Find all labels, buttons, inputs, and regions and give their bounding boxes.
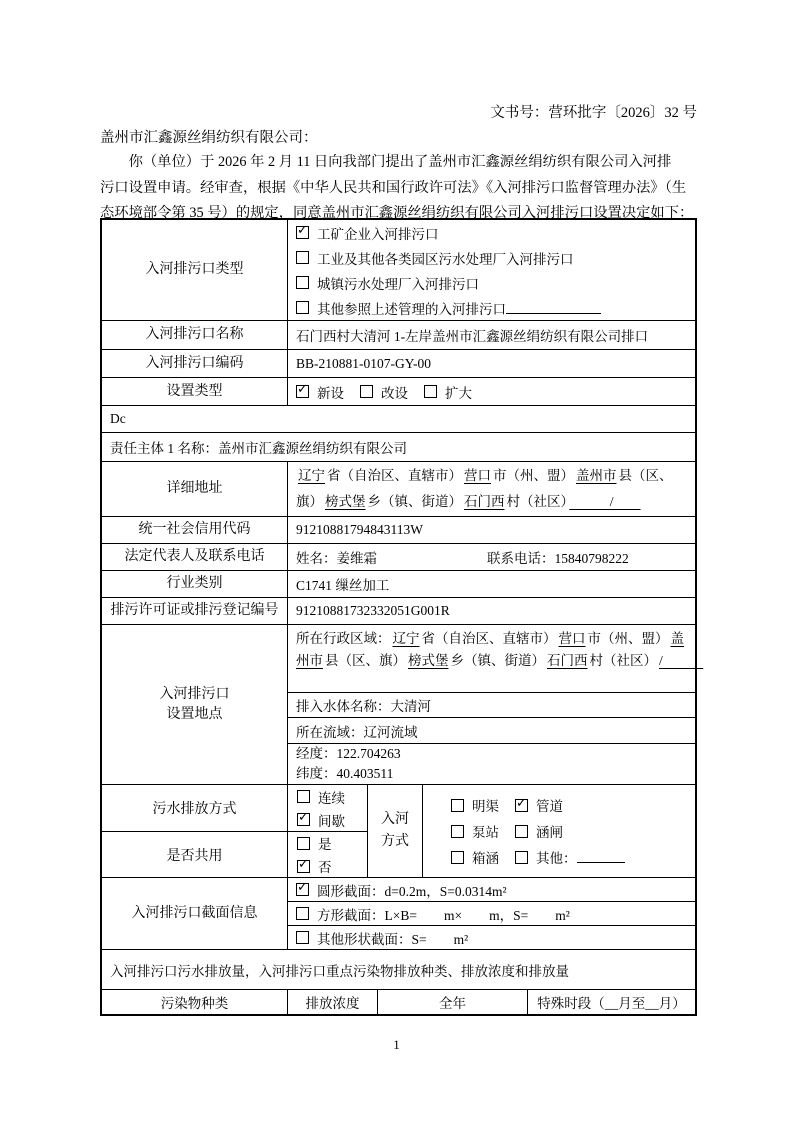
outlet-name-value: 石门西村大清河 1-左岸盖州市汇鑫源丝绢纺织有限公司排口 — [287, 321, 695, 349]
option-label: 涵闸 — [536, 821, 563, 841]
checkbox-icon — [515, 825, 528, 838]
address-blank-slash: / — [567, 494, 642, 509]
setup-type-option: 新设 — [296, 382, 344, 402]
location-details: 所在行政区域：辽宁省（自治区、直辖市）营口市（州、盟）盖州市县（区、旗）榜式堡乡… — [287, 625, 695, 784]
checkbox-icon — [296, 251, 309, 264]
checkbox-checked-icon — [296, 385, 309, 398]
legal-rep-name: 姓名：姜维霜 — [296, 547, 377, 567]
concentration-header: 排放浓度 — [287, 990, 377, 1014]
approval-table: 入河排污口类型 工矿企业入河排污口 工业及其他各类园区污水处理厂入河排污口 城镇… — [100, 218, 697, 1016]
checkbox-icon — [296, 907, 309, 920]
legal-rep-label: 法定代表人及联系电话 — [102, 544, 287, 570]
checkbox-checked-icon — [515, 799, 528, 812]
checkbox-icon — [451, 799, 464, 812]
option-label: 其他： — [536, 847, 577, 867]
checkbox-icon — [515, 851, 528, 864]
table-row-responsible: 责任主体 1 名称：盖州市汇鑫源丝绢纺织有限公司 — [102, 432, 695, 461]
option-label: 改设 — [381, 382, 408, 402]
option-label: 方形截面：L×B= m× m，S= m² — [317, 904, 570, 924]
outlet-type-option: 其他参照上述管理的入河排污口 — [296, 298, 601, 318]
entry-mode-label-line2: 方式 — [381, 831, 409, 853]
table-row-address: 详细地址 辽宁省（自治区、直辖市）营口市（州、盟）盖州市县（区、旗）榜式堡乡（镇… — [102, 461, 695, 516]
checkbox-checked-icon — [296, 226, 309, 239]
option-label: 新设 — [317, 382, 344, 402]
responsible-value: 责任主体 1 名称：盖州市汇鑫源丝绢纺织有限公司 — [102, 433, 695, 461]
option-label: 其他参照上述管理的入河排污口 — [317, 298, 506, 318]
option-label: 工业及其他各类园区污水处理厂入河排污口 — [317, 248, 574, 268]
dc-value: Dc — [102, 406, 695, 432]
entry-mode-option: 箱涵 — [451, 847, 515, 867]
location-basin: 所在流域：辽河流域 — [288, 717, 695, 743]
table-row-legal-rep: 法定代表人及联系电话 姓名：姜维霜 联系电话：15840798222 — [102, 543, 695, 570]
option-label: 间歇 — [318, 810, 345, 830]
region-prefix: 所在行政区域： — [296, 631, 391, 646]
region-province: 辽宁 — [391, 631, 422, 646]
page-number: 1 — [0, 1037, 793, 1053]
legal-rep-phone: 联系电话：15840798222 — [487, 547, 629, 567]
checkbox-checked-icon — [297, 813, 310, 826]
option-label: 否 — [318, 856, 332, 876]
credit-code-label: 统一社会信用代码 — [102, 517, 287, 543]
shared-options: 是 否 — [288, 832, 367, 877]
table-row-pollutant-header: 污染物种类 排放浓度 全年 特殊时段（__月至__月） — [102, 989, 695, 1014]
checkbox-icon — [296, 301, 309, 314]
option-label: 圆形截面：d=0.2m，S=0.0314m² — [317, 880, 507, 900]
industry-value: C1741 缫丝加工 — [287, 571, 695, 597]
credit-code-value: 91210881794843113W — [287, 517, 695, 543]
table-row-permit: 排污许可证或排污登记编号 91210881732332051G001R — [102, 597, 695, 624]
option-label: 是 — [318, 833, 332, 853]
paragraph-line: 污口设置申请。经审查，根据《中华人民共和国行政许可法》《入河排污口监督管理办法》… — [100, 176, 700, 202]
table-row-outlet-type: 入河排污口类型 工矿企业入河排污口 工业及其他各类园区污水处理厂入河排污口 城镇… — [102, 220, 695, 320]
location-region: 所在行政区域：辽宁省（自治区、直辖市）营口市（州、盟）盖州市县（区、旗）榜式堡乡… — [288, 625, 695, 692]
checkbox-icon — [297, 837, 310, 850]
table-row-location: 入河排污口 设置地点 所在行政区域：辽宁省（自治区、直辖市）营口市（州、盟）盖州… — [102, 624, 695, 784]
location-label-line2: 设置地点 — [167, 705, 223, 725]
permit-value: 91210881732332051G001R — [287, 598, 695, 624]
checkbox-icon — [297, 790, 310, 803]
blank-underline — [577, 851, 625, 863]
location-water-body: 排入水体名称：大清河 — [288, 692, 695, 718]
section-option: 圆形截面：d=0.2m，S=0.0314m² — [288, 878, 695, 901]
option-label: 其他形状截面：S= m² — [317, 928, 468, 948]
outlet-type-option: 工矿企业入河排污口 — [296, 223, 439, 243]
address-county: 盖州市 — [574, 468, 619, 483]
setup-type-option: 扩大 — [424, 382, 472, 402]
entry-mode-option: 涵闸 — [515, 821, 579, 841]
location-label: 入河排污口 设置地点 — [102, 625, 287, 784]
region-text: 市（州、盟） — [588, 631, 669, 646]
checkbox-icon — [360, 385, 373, 398]
entry-mode-label: 入河 方式 — [367, 785, 422, 877]
discharge-option: 间歇 — [297, 810, 367, 830]
option-label: 城镇污水处理厂入河排污口 — [317, 273, 479, 293]
shared-option: 否 — [297, 856, 367, 876]
annual-header: 全年 — [377, 990, 527, 1014]
table-row-outlet-code: 入河排污口编码 BB-210881-0107-GY-00 — [102, 349, 695, 377]
region-text: 县（区、旗） — [325, 653, 406, 668]
discharge-mode-label: 污水排放方式 — [102, 785, 287, 832]
table-row-dc: Dc — [102, 405, 695, 432]
entry-mode-line: 明渠 管道 — [451, 795, 695, 815]
checkbox-icon — [296, 276, 309, 289]
address-city: 营口 — [462, 468, 493, 483]
discharge-mode-options: 连续 间歇 — [288, 785, 367, 832]
region-text: 乡（镇、街道） — [451, 653, 546, 668]
region-town: 榜式堡 — [406, 653, 451, 668]
shared-label: 是否共用 — [102, 832, 287, 877]
entry-mode-option: 其他： — [515, 847, 625, 867]
outlet-code-value: BB-210881-0107-GY-00 — [287, 350, 695, 377]
checkbox-icon — [424, 385, 437, 398]
entry-mode-option: 泵站 — [451, 821, 515, 841]
discharge-checkboxes: 连续 间歇 是 否 — [287, 785, 367, 877]
document-page: 文书号：营环批字〔2026〕32 号 盖州市汇鑫源丝绢纺织有限公司： 你（单位）… — [0, 0, 793, 1122]
outlet-code-label: 入河排污口编码 — [102, 350, 287, 377]
section-option: 其他形状截面：S= m² — [288, 925, 695, 949]
doc-number: 文书号：营环批字〔2026〕32 号 — [490, 101, 697, 122]
blank-underline — [506, 301, 601, 313]
discharge-labels: 污水排放方式 是否共用 — [102, 785, 287, 877]
outlet-type-option: 工业及其他各类园区污水处理厂入河排污口 — [296, 248, 574, 268]
address-label: 详细地址 — [102, 462, 287, 516]
option-label: 连续 — [318, 787, 345, 807]
discharge-option: 连续 — [297, 787, 367, 807]
paragraph-line: 你（单位）于 2026 年 2 月 11 日向我部门提出了盖州市汇鑫源丝绢纺织有… — [100, 150, 700, 176]
region-blank-slash: / — [657, 653, 705, 668]
section-option: 方形截面：L×B= m× m，S= m² — [288, 901, 695, 925]
checkbox-checked-icon — [297, 860, 310, 873]
option-label: 箱涵 — [472, 847, 499, 867]
table-row-emission-note: 入河排污口污水排放量，入河排污口重点污染物排放种类、排放浓度和排放量 — [102, 949, 695, 989]
recipient-line: 盖州市汇鑫源丝绢纺织有限公司： — [100, 126, 318, 147]
setup-type-options: 新设 改设 扩大 — [287, 378, 695, 405]
option-label: 管道 — [536, 795, 563, 815]
option-label: 明渠 — [472, 795, 499, 815]
option-label: 工矿企业入河排污口 — [317, 223, 439, 243]
region-village: 石门西 — [545, 653, 590, 668]
table-row-setup-type: 设置类型 新设 改设 扩大 — [102, 377, 695, 405]
checkbox-icon — [451, 825, 464, 838]
entry-mode-line: 箱涵 其他： — [451, 847, 695, 867]
entry-mode-option: 明渠 — [451, 795, 515, 815]
location-coordinates: 经度：122.704263 纬度：40.403511 — [288, 743, 695, 784]
outlet-type-option: 城镇污水处理厂入河排污口 — [296, 273, 479, 293]
table-row-section-info: 入河排污口截面信息 圆形截面：d=0.2m，S=0.0314m² 方形截面：L×… — [102, 877, 695, 949]
table-row-discharge: 污水排放方式 是否共用 连续 间歇 是 — [102, 784, 695, 877]
address-village: 石门西 — [462, 494, 507, 509]
legal-rep-value: 姓名：姜维霜 联系电话：15840798222 — [287, 544, 695, 570]
option-label: 扩大 — [445, 382, 472, 402]
table-row-outlet-name: 入河排污口名称 石门西村大清河 1-左岸盖州市汇鑫源丝绢纺织有限公司排口 — [102, 320, 695, 349]
address-province: 辽宁 — [296, 468, 327, 483]
address-town: 榜式堡 — [323, 494, 368, 509]
address-text: 省（自治区、直辖市） — [327, 468, 462, 483]
checkbox-icon — [451, 851, 464, 864]
permit-label: 排污许可证或排污登记编号 — [102, 598, 287, 624]
option-label: 泵站 — [472, 821, 499, 841]
address-text: 市（州、盟） — [493, 468, 574, 483]
outlet-type-label: 入河排污口类型 — [102, 220, 287, 320]
region-city: 营口 — [557, 631, 588, 646]
outlet-type-options: 工矿企业入河排污口 工业及其他各类园区污水处理厂入河排污口 城镇污水处理厂入河排… — [287, 220, 695, 320]
table-row-credit-code: 统一社会信用代码 91210881794843113W — [102, 516, 695, 543]
address-text: 乡（镇、街道） — [368, 494, 463, 509]
longitude-value: 经度：122.704263 — [296, 744, 401, 764]
checkbox-checked-icon — [296, 883, 309, 896]
entry-mode-option: 管道 — [515, 795, 579, 815]
location-label-line1: 入河排污口 — [160, 685, 230, 705]
pollutant-type-header: 污染物种类 — [102, 990, 287, 1014]
intro-paragraph: 你（单位）于 2026 年 2 月 11 日向我部门提出了盖州市汇鑫源丝绢纺织有… — [100, 150, 700, 227]
special-period-header: 特殊时段（__月至__月） — [527, 990, 695, 1014]
entry-mode-label-line1: 入河 — [381, 809, 409, 831]
entry-mode-options: 明渠 管道 泵站 涵闸 — [422, 785, 695, 877]
checkbox-icon — [296, 931, 309, 944]
entry-mode-line: 泵站 涵闸 — [451, 821, 695, 841]
outlet-name-label: 入河排污口名称 — [102, 321, 287, 349]
emission-note-value: 入河排污口污水排放量，入河排污口重点污染物排放种类、排放浓度和排放量 — [102, 950, 695, 989]
setup-type-label: 设置类型 — [102, 378, 287, 405]
section-info-label: 入河排污口截面信息 — [102, 878, 287, 949]
table-row-industry: 行业类别 C1741 缫丝加工 — [102, 570, 695, 597]
setup-type-option: 改设 — [360, 382, 408, 402]
latitude-value: 纬度：40.403511 — [296, 764, 393, 784]
region-text: 省（自治区、直辖市） — [422, 631, 557, 646]
shared-option: 是 — [297, 833, 367, 853]
industry-label: 行业类别 — [102, 571, 287, 597]
region-text: 村（社区） — [590, 653, 658, 668]
address-value: 辽宁省（自治区、直辖市）营口市（州、盟）盖州市县（区、旗）榜式堡乡（镇、街道）石… — [287, 462, 695, 516]
address-text: 村（社区） — [507, 494, 568, 509]
section-info-options: 圆形截面：d=0.2m，S=0.0314m² 方形截面：L×B= m× m，S=… — [287, 878, 695, 949]
